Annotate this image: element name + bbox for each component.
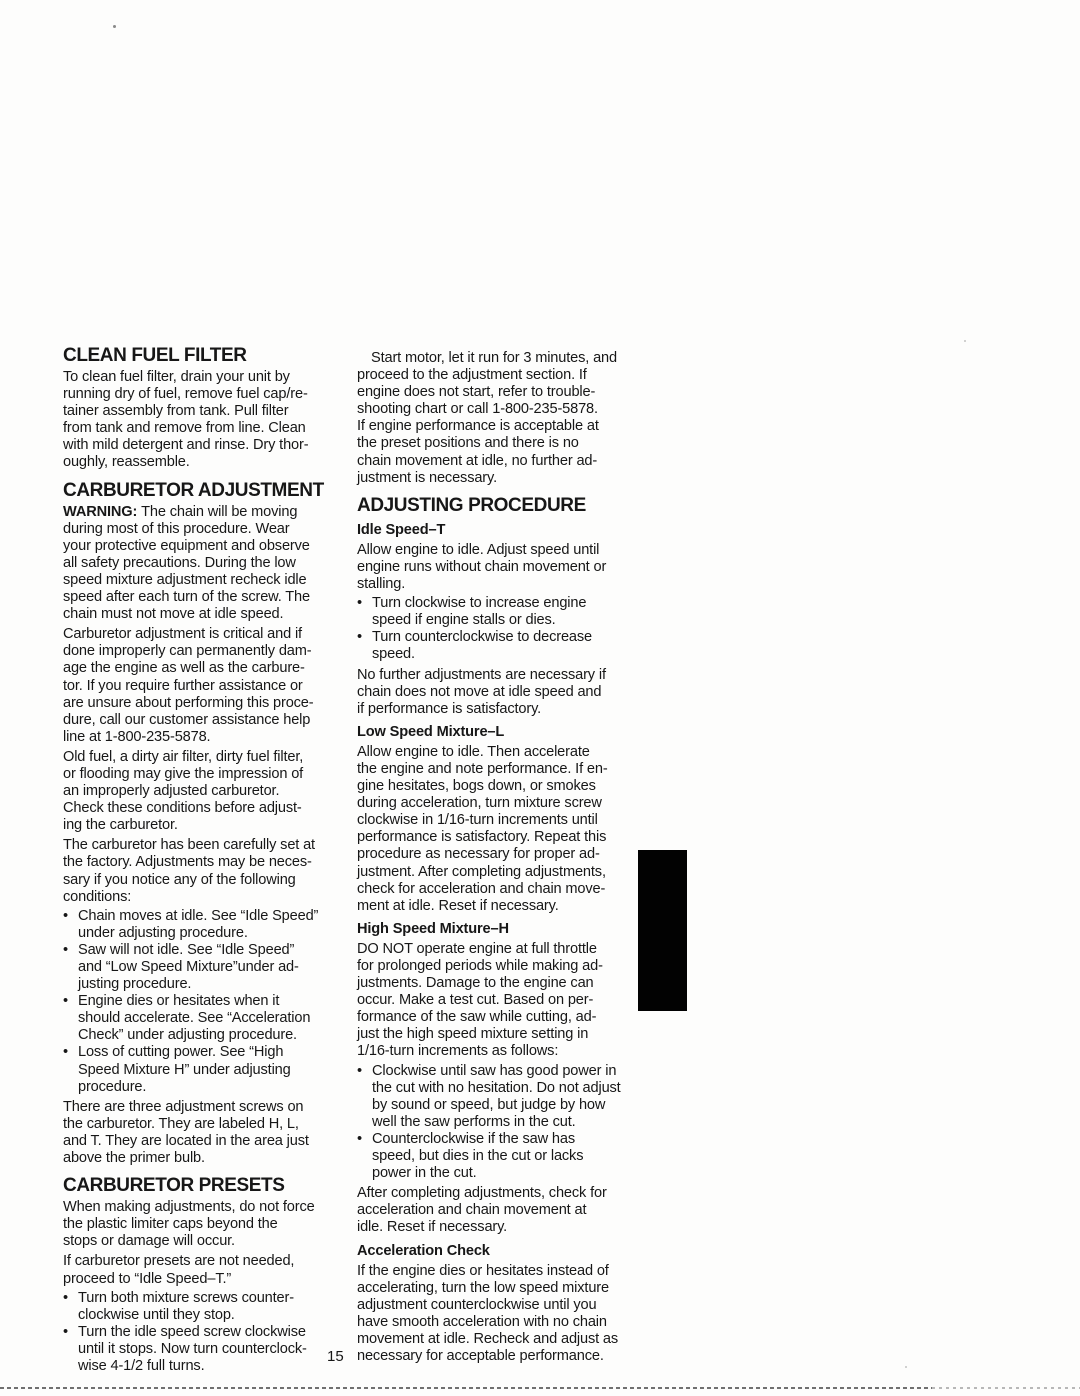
paragraph: When making adjustments, do not forcethe… [63, 1199, 355, 1250]
bullet-item: •Saw will not idle. See “Idle Speed”and … [63, 942, 355, 993]
sub-heading: Low Speed Mixture–L [357, 724, 659, 741]
bullet-text: Turn both mixture screws counter-clockwi… [78, 1290, 294, 1324]
bullet-item: •Counterclockwise if the saw hasspeed, b… [357, 1131, 659, 1182]
paragraph: Allow engine to idle. Then acceleratethe… [357, 744, 659, 915]
sub-heading: Idle Speed–T [357, 522, 659, 539]
paragraph: Allow engine to idle. Adjust speed until… [357, 542, 659, 593]
sub-heading: Acceleration Check [357, 1243, 659, 1260]
bullet-marker: • [63, 908, 78, 942]
document-page: CLEAN FUEL FILTERTo clean fuel filter, d… [0, 0, 1080, 1396]
scan-speck [905, 1366, 907, 1368]
bullet-list: •Turn clockwise to increase enginespeed … [357, 595, 659, 663]
bullet-marker: • [357, 629, 372, 663]
bullet-text: Counterclockwise if the saw hasspeed, bu… [372, 1131, 583, 1182]
bullet-item: •Chain moves at idle. See “Idle Speed”un… [63, 908, 355, 942]
paragraph: Start motor, let it run for 3 minutes, a… [357, 350, 659, 487]
section-heading: CARBURETOR PRESETS [63, 1175, 355, 1196]
bullet-marker: • [357, 595, 372, 629]
bullet-item: •Loss of cutting power. See “HighSpeed M… [63, 1044, 355, 1095]
bullet-marker: • [63, 942, 78, 993]
section-heading: CLEAN FUEL FILTER [63, 345, 355, 366]
bullet-text: Saw will not idle. See “Idle Speed”and “… [78, 942, 299, 993]
paragraph: No further adjustments are necessary ifc… [357, 667, 659, 718]
bullet-text: Turn counterclockwise to decreasespeed. [372, 629, 592, 663]
bullet-text: Turn clockwise to increase enginespeed i… [372, 595, 586, 629]
paragraph: To clean fuel filter, drain your unit by… [63, 369, 355, 472]
section-heading: CARBURETOR ADJUSTMENT [63, 480, 355, 501]
bullet-item: •Turn both mixture screws counter-clockw… [63, 1290, 355, 1324]
bullet-marker: • [357, 1131, 372, 1182]
sub-heading: High Speed Mixture–H [357, 921, 659, 938]
bullet-marker: • [63, 1044, 78, 1095]
paragraph: There are three adjustment screws onthe … [63, 1099, 355, 1167]
bullet-marker: • [357, 1063, 372, 1131]
paragraph: If the engine dies or hesitates instead … [357, 1263, 659, 1366]
page-number: 15 [327, 1348, 344, 1365]
bullet-marker: • [63, 1324, 78, 1375]
paragraph: After completing adjustments, check fora… [357, 1185, 659, 1236]
bullet-text: Chain moves at idle. See “Idle Speed”und… [78, 908, 318, 942]
bullet-list: •Turn both mixture screws counter-clockw… [63, 1290, 355, 1375]
left-column: CLEAN FUEL FILTERTo clean fuel filter, d… [63, 345, 355, 1375]
bullet-item: •Engine dies or hesitates when itshould … [63, 993, 355, 1044]
bullet-marker: • [63, 1290, 78, 1324]
paragraph: DO NOT operate engine at full throttlefo… [357, 941, 659, 1061]
scan-speck [964, 340, 966, 342]
paragraph: WARNING: The chain will be movingduring … [63, 504, 355, 624]
bullet-list: •Clockwise until saw has good power inth… [357, 1063, 659, 1183]
paragraph: If carburetor presets are not needed,pro… [63, 1253, 355, 1287]
bullet-item: •Turn the idle speed screw clockwiseunti… [63, 1324, 355, 1375]
bullet-marker: • [63, 993, 78, 1044]
bullet-item: •Clockwise until saw has good power inth… [357, 1063, 659, 1131]
paragraph: The carburetor has been carefully set at… [63, 837, 355, 905]
section-heading: ADJUSTING PROCEDURE [357, 495, 659, 516]
bullet-text: Clockwise until saw has good power inthe… [372, 1063, 621, 1131]
bullet-text: Loss of cutting power. See “HighSpeed Mi… [78, 1044, 291, 1095]
warning-label: WARNING: [63, 504, 141, 520]
bullet-list: •Chain moves at idle. See “Idle Speed”un… [63, 908, 355, 1096]
bottom-dotted-rule [0, 1387, 932, 1389]
bullet-item: •Turn clockwise to increase enginespeed … [357, 595, 659, 629]
scan-speck [113, 25, 116, 28]
paragraph: Old fuel, a dirty air filter, dirty fuel… [63, 749, 355, 834]
bottom-dotted-rule-light [932, 1387, 1080, 1389]
bullet-item: •Turn counterclockwise to decreasespeed. [357, 629, 659, 663]
paragraph: Carburetor adjustment is critical and if… [63, 626, 355, 746]
bullet-text: Engine dies or hesitates when itshould a… [78, 993, 310, 1044]
right-column: Start motor, let it run for 3 minutes, a… [357, 347, 659, 1365]
bullet-text: Turn the idle speed screw clockwiseuntil… [78, 1324, 307, 1375]
black-ink-bar [638, 850, 687, 1011]
